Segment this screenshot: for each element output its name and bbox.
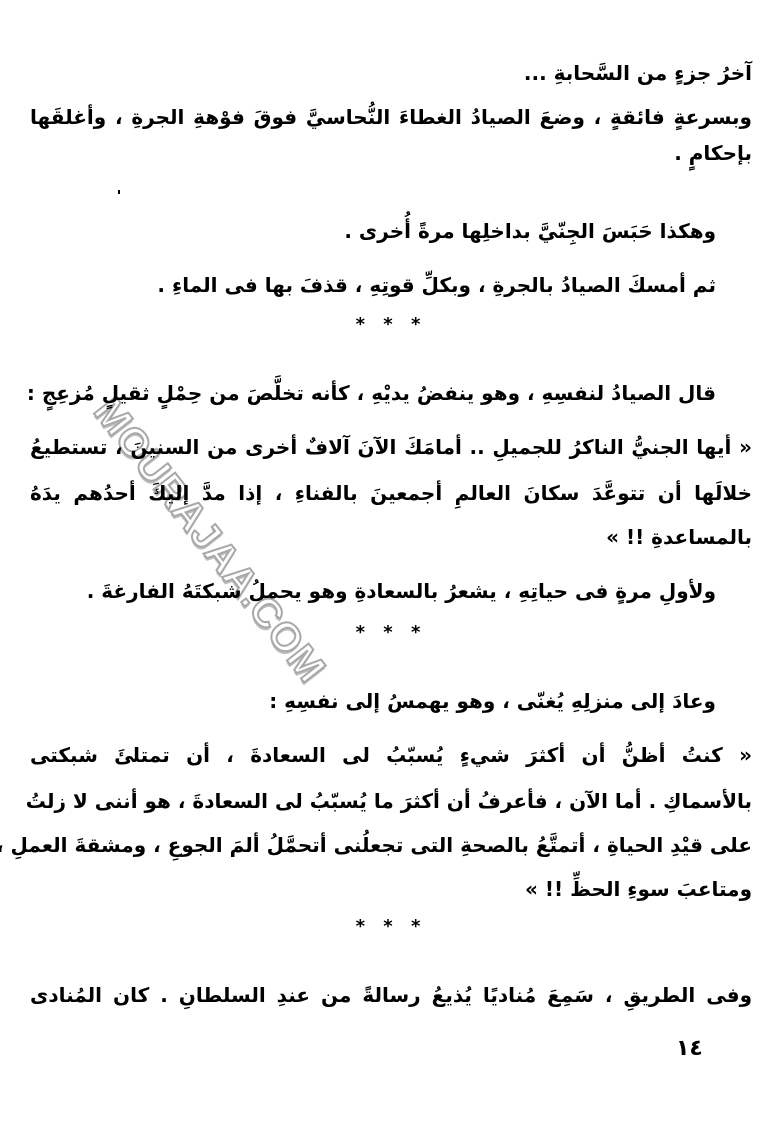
text-line: ومتاعبَ سوءِ الحظِّ !! » (30, 874, 752, 904)
text-line: وفى الطريقِ ، سَمِعَ مُناديًا يُذيعُ رسا… (30, 980, 752, 1010)
text-line: « أيها الجنيُّ الناكرُ للجميلِ .. أمامَك… (30, 432, 752, 462)
text-line: وبسرعةٍ فائقةٍ ، وضعَ الصيادُ الغطاءَ ال… (30, 102, 752, 132)
book-page: MOURAJAA.COM آخرُ جزءٍ من السَّحابةِ ...… (0, 0, 782, 1128)
scan-speck (118, 190, 120, 194)
text-line: ثم أمسكَ الصيادُ بالجرةِ ، وبكلِّ قوتِهِ… (30, 270, 716, 300)
text-line: وعادَ إلى منزلِهِ يُغنّى ، وهو يهمسُ إلى… (30, 686, 716, 716)
text-line: بإحكامٍ . (30, 138, 752, 168)
text-line: قال الصيادُ لنفسِهِ ، وهو ينفضُ يديْهِ ،… (30, 378, 716, 408)
section-separator: * * * (0, 622, 782, 643)
text-line: بالمساعدةِ !! » (30, 522, 752, 552)
text-line: على قيْدِ الحياةِ ، أتمتَّعُ بالصحةِ الت… (30, 830, 752, 860)
section-separator: * * * (0, 916, 782, 937)
text-line: « كنتُ أظنُّ أن أكثرَ شيءٍ يُسبّبُ لى ال… (30, 740, 752, 770)
text-line: آخرُ جزءٍ من السَّحابةِ ... (30, 58, 752, 88)
section-separator: * * * (0, 314, 782, 335)
text-line: بالأسماكِ . أما الآن ، فأعرفُ أن أكثرَ م… (30, 786, 752, 816)
text-line: خلالَها أن تتوعَّدَ سكانَ العالمِ أجمعين… (30, 478, 752, 508)
text-line: وهكذا حَبَسَ الجِنّيَّ بداخلِها مرةً أُخ… (30, 216, 716, 246)
text-line: ولأولِ مرةٍ فى حياتِهِ ، يشعرُ بالسعادةِ… (30, 576, 716, 606)
page-number: ١٤ (676, 1036, 703, 1061)
